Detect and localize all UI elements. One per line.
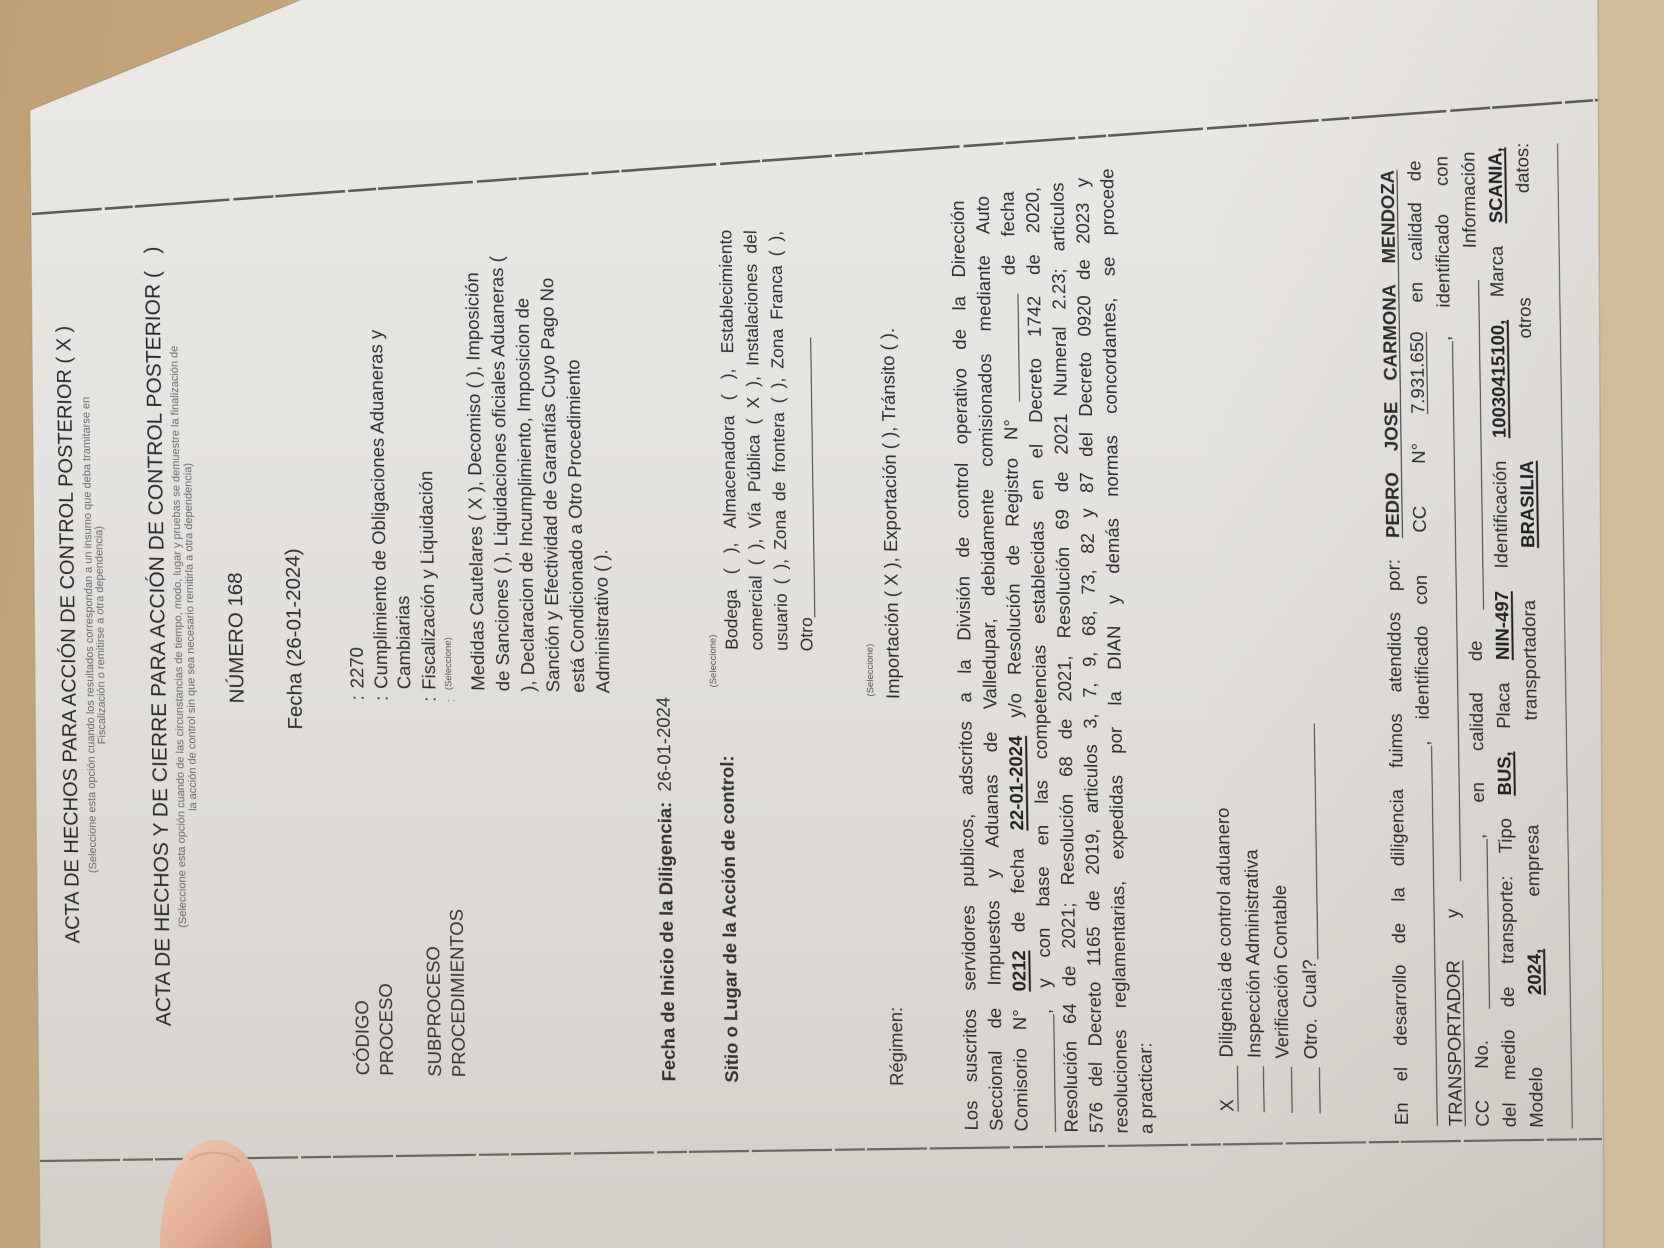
finger-overlay	[0, 0, 1664, 1248]
finger-icon	[160, 1140, 272, 1248]
